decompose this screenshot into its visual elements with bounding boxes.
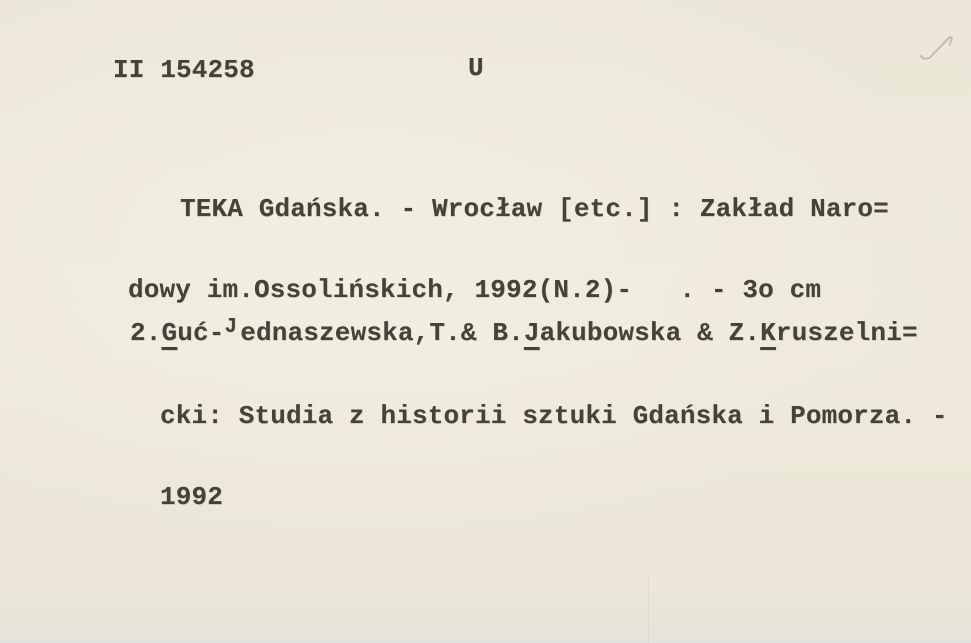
- added-entry-text: uć-: [177, 318, 224, 348]
- added-entry-text: akubowska & Z.: [540, 318, 761, 348]
- underlined-letter-k: K: [760, 318, 776, 348]
- added-entry-text: ednaszewska,T.& B.: [240, 318, 524, 348]
- added-entry-text: ruszelni=: [776, 318, 918, 348]
- underlined-letter-g: G: [162, 318, 178, 348]
- added-entry-line1: 2.Guć-Jednaszewska,T.& B.Jakubowska & Z.…: [130, 320, 948, 349]
- main-entry-line1: TEKA Gdańska. - Wrocław [etc.] : Zakład …: [128, 196, 889, 223]
- added-entry-number: 2.: [130, 318, 162, 348]
- catalog-card: II 154258 U TEKA Gdańska. - Wrocław [etc…: [0, 0, 971, 643]
- added-entry-line3: 1992: [130, 484, 948, 511]
- underlined-letter-j: J: [524, 318, 540, 348]
- superscript-letter-j: J: [225, 314, 241, 341]
- added-entry: 2.Guć-Jednaszewska,T.& B.Jakubowska & Z.…: [130, 266, 948, 565]
- pencil-checkmark-icon: [918, 32, 958, 66]
- added-entry-line2: cki: Studia z historii sztuki Gdańska i …: [130, 403, 948, 430]
- call-number: II 154258: [113, 57, 255, 84]
- section-letter: U: [468, 55, 484, 82]
